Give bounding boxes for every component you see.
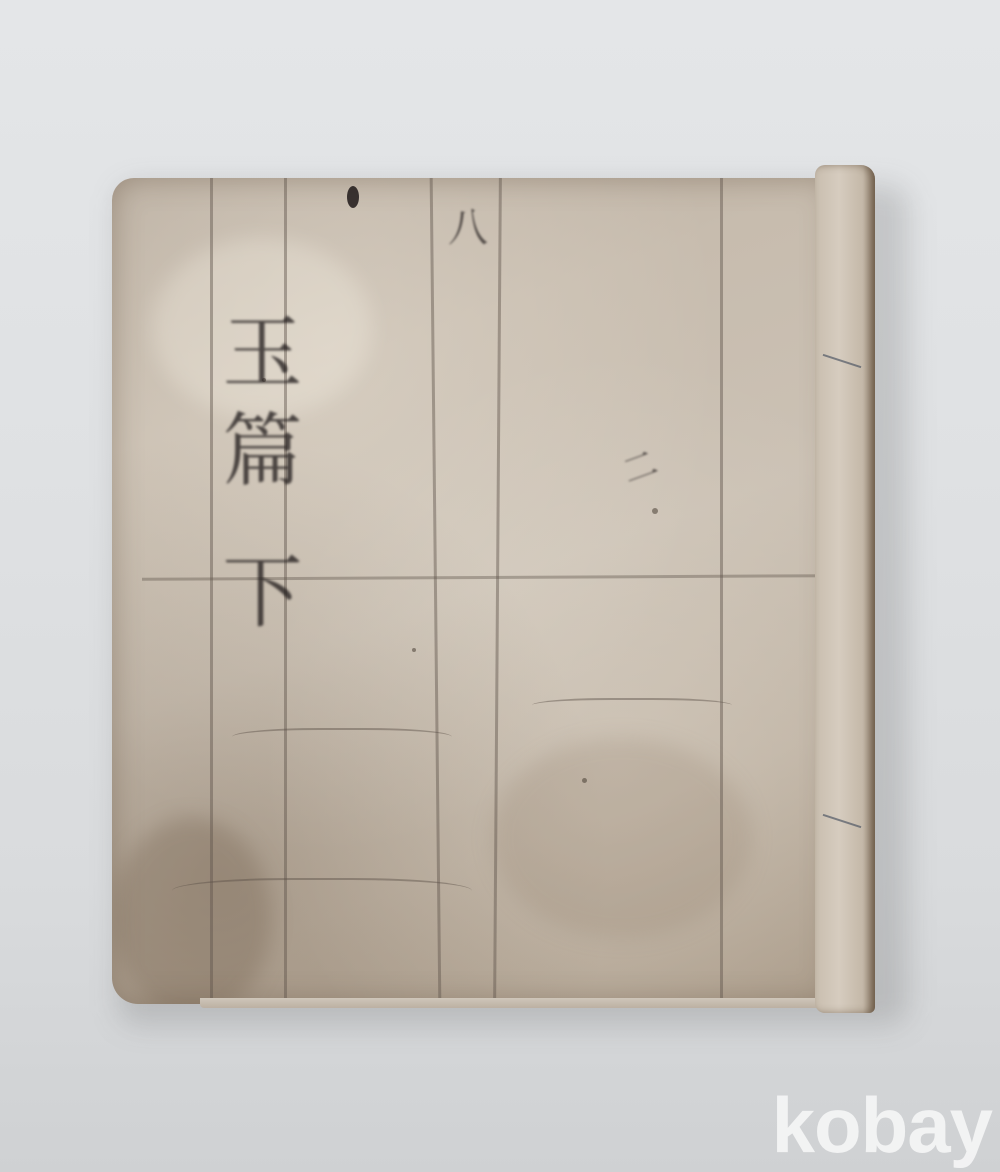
- paper-stain: [492, 738, 752, 938]
- kobay-watermark: kobay: [772, 1086, 992, 1164]
- cover-fold-line: [430, 178, 442, 1004]
- cover-mark: 八: [448, 196, 488, 253]
- ink-spot: [347, 186, 359, 208]
- cover-fold-line: [493, 178, 502, 1004]
- ink-spot: [412, 648, 416, 652]
- cover-title: 玉篇 下: [205, 310, 295, 647]
- book-page-edge: [200, 998, 830, 1008]
- ink-spot: [582, 778, 587, 783]
- cover-fold-line: [720, 178, 723, 1004]
- book-spine: [815, 165, 875, 1013]
- cover-crack: [532, 698, 732, 716]
- cover-crack: [172, 878, 472, 910]
- paper-stain: [112, 818, 272, 1004]
- cover-crack: [232, 728, 452, 750]
- ink-spot: [652, 508, 658, 514]
